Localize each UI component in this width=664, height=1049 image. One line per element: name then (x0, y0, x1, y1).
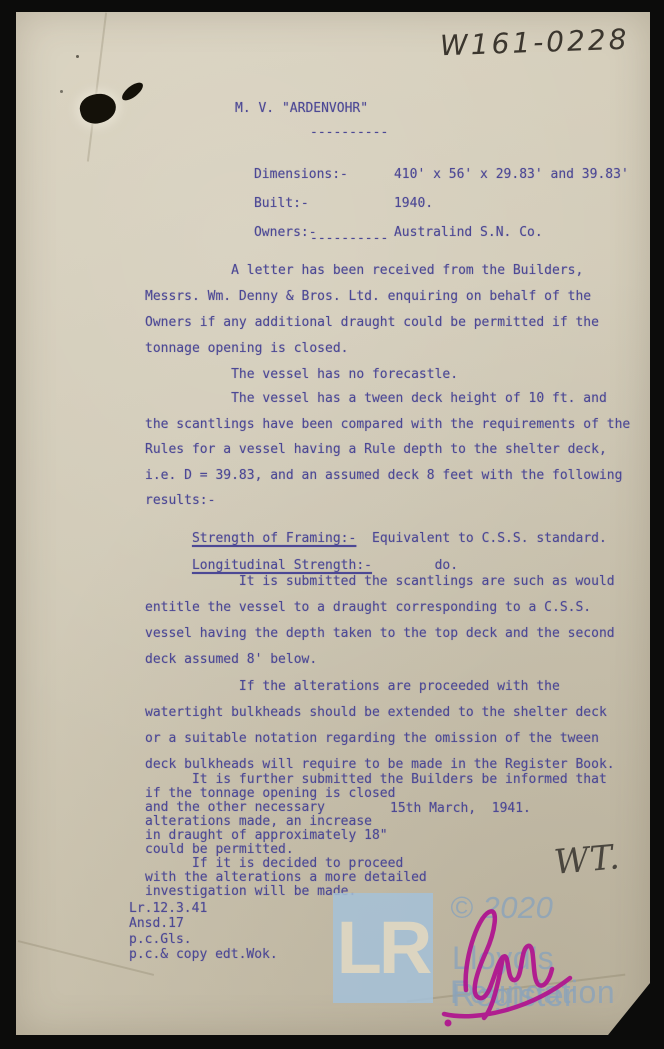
surveyor-initials: WT. (552, 837, 622, 883)
ink-speck (60, 90, 63, 93)
info-value-built: 1940. (394, 196, 433, 211)
lr-logo-letters: LR (337, 911, 430, 985)
paragraph-alterations: If the alterations are proceeded with th… (145, 674, 615, 778)
closing-paragraph: It is further submitted the Builders be … (145, 773, 607, 899)
info-value-owners: Australind S.N. Co. (394, 225, 543, 240)
paper-crease (87, 12, 107, 161)
scanned-document-photo: W161-0228 M. V. "ARDENVOHR" ---------- D… (0, 0, 664, 1049)
paragraph-tween-deck: The vessel has a tween deck height of 10… (145, 386, 630, 514)
ink-blot-tail (119, 79, 145, 103)
filing-notes: Lr.12.3.41 Ansd.17 p.c.Gls. p.c.& copy e… (129, 901, 278, 963)
lr-logo: LR (333, 893, 433, 1003)
paragraph-builders-letter: A letter has been received from the Buil… (145, 258, 599, 362)
divider-top: ---------- (310, 125, 388, 140)
info-label-built: Built:- (254, 196, 394, 211)
paragraph-submission: It is submitted the scantlings are such … (145, 569, 615, 673)
document-title: M. V. "ARDENVOHR" (235, 101, 368, 116)
date-line: 15th March, 1941. (390, 801, 531, 816)
ink-blot (77, 90, 119, 127)
divider-bottom: ---------- (310, 231, 388, 246)
archive-reference-note: W161-0228 (439, 23, 630, 63)
signature-stroke (444, 911, 570, 1026)
paragraph-forecastle: The vessel has no forecastle. (145, 362, 458, 388)
ink-speck (76, 55, 79, 58)
info-value-dimensions: 410' x 56' x 29.83' and 39.83' (394, 167, 629, 182)
info-label-dimensions: Dimensions:- (254, 167, 394, 182)
document-page: W161-0228 M. V. "ARDENVOHR" ---------- D… (16, 12, 650, 1035)
handwritten-signature (436, 892, 581, 1032)
